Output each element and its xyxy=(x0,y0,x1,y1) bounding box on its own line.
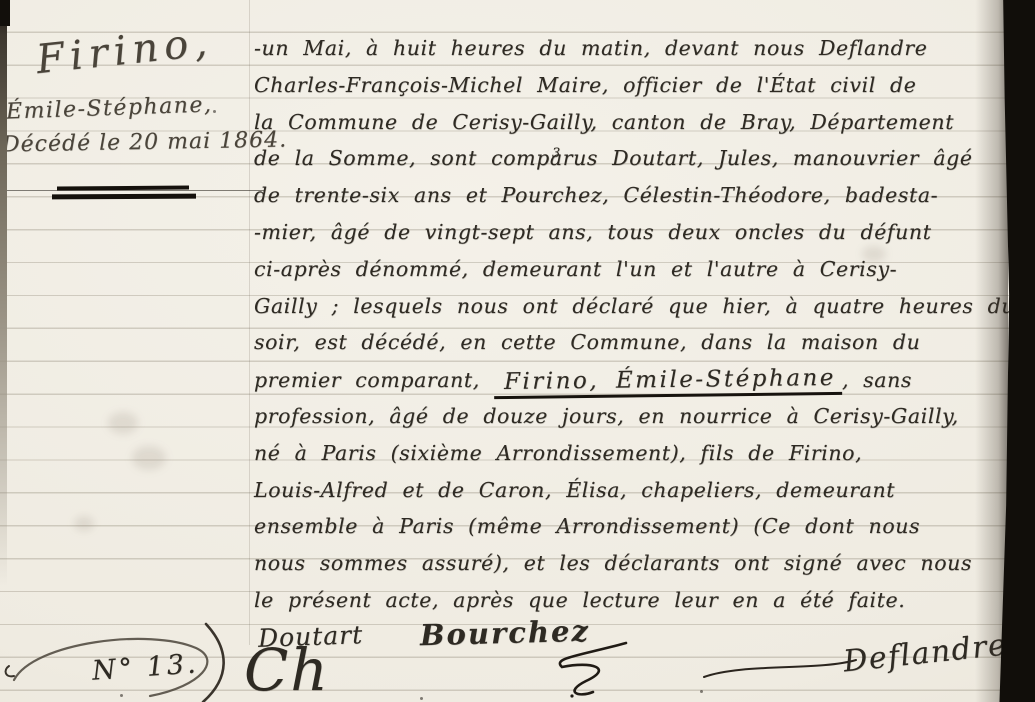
act-line: la Commune de Cerisy-Gailly, canton de B… xyxy=(254,110,1015,147)
act-line: ci-après dénommé, demeurant l'un et l'au… xyxy=(254,257,1015,294)
act-line-pre: premier comparant, xyxy=(254,368,494,392)
margin-double-bar-bottom xyxy=(52,194,196,200)
act-line: de trente-six ans et Pourchez, Célestin-… xyxy=(254,183,1015,220)
act-line-deceased-name: premier comparant, Firino, Émile-Stéphan… xyxy=(254,367,1015,404)
act-line: Louis-Alfred et de Caron, Élisa, chapeli… xyxy=(254,478,1015,515)
act-body-text: -un Mai, à huit heures du matin, devant … xyxy=(254,36,1015,625)
act-line: de la Somme, sont comparus Doutart, Jule… xyxy=(254,146,1015,183)
signature-paraph-flourish xyxy=(530,640,640,700)
ink-smudge xyxy=(108,412,138,434)
ink-smudge xyxy=(132,446,166,470)
margin-death-date-note: Décédé le 20 mai 1864. xyxy=(2,128,288,158)
act-line: le présent acte, après que lecture leur … xyxy=(254,588,1015,625)
act-line: ensemble à Paris (même Arrondissement) (… xyxy=(254,514,1015,551)
ink-smudge xyxy=(74,516,94,531)
margin-column-divider xyxy=(249,0,250,645)
officer-signature-swash xyxy=(700,653,860,683)
paper-speck xyxy=(213,110,216,113)
scan-edge-left-notch xyxy=(0,0,10,26)
interline-insert-mark: 3 xyxy=(552,146,560,161)
register-scan: Firino, Émile-Stéphane, Décédé le 20 mai… xyxy=(0,0,1035,702)
paper-speck xyxy=(420,697,423,700)
scan-edge-left xyxy=(0,0,7,585)
paper-speck xyxy=(700,690,703,693)
act-line: soir, est décédé, en cette Commune, dans… xyxy=(254,330,1015,367)
act-line: né à Paris (sixième Arrondissement), fil… xyxy=(254,441,1015,478)
act-line: -un Mai, à huit heures du matin, devant … xyxy=(254,36,1015,73)
act-line: -mier, âgé de vingt-sept ans, tous deux … xyxy=(254,220,1015,257)
next-act-initial: Ch xyxy=(244,636,330,702)
act-line: Gailly ; lesquels nous ont déclaré que h… xyxy=(254,294,1015,331)
act-line: profession, âgé de douze jours, en nourr… xyxy=(254,404,1015,441)
act-line-post: , sans xyxy=(842,368,912,392)
deceased-name-underlined: Firino, Émile-Stéphane xyxy=(494,365,842,399)
margin-separator-line xyxy=(0,190,264,191)
act-line: nous sommes assuré), et les déclarants o… xyxy=(254,551,1015,588)
act-line: Charles-François-Michel Maire, officier … xyxy=(254,73,1015,110)
